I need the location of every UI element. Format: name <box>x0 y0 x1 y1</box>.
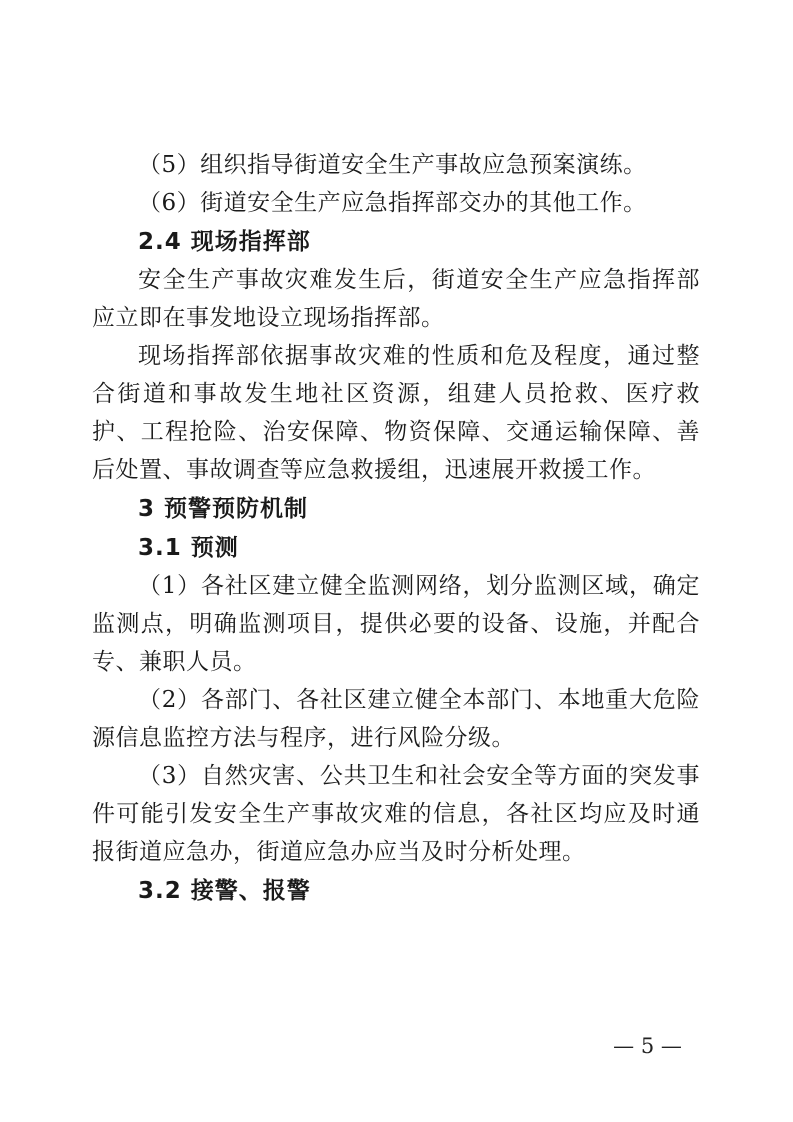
paragraph: （5）组织指导街道安全生产事故应急预案演练。 <box>92 146 700 184</box>
section-heading: 3.1 预测 <box>92 529 700 567</box>
paragraph: 安全生产事故灾难发生后，街道安全生产应急指挥部应立即在事发地设立现场指挥部。 <box>92 261 700 337</box>
paragraph: 现场指挥部依据事故灾难的性质和危及程度，通过整合街道和事故发生地社区资源，组建人… <box>92 337 700 489</box>
paragraph: （2）各部门、各社区建立健全本部门、本地重大危险源信息监控方法与程序，进行风险分… <box>92 681 700 757</box>
section-heading: 2.4 现场指挥部 <box>92 223 700 261</box>
document-content: （5）组织指导街道安全生产事故应急预案演练。 （6）街道安全生产应急指挥部交办的… <box>92 146 700 910</box>
page-number: — 5 — <box>600 1032 695 1060</box>
paragraph: （6）街道安全生产应急指挥部交办的其他工作。 <box>92 184 700 222</box>
section-heading: 3.2 接警、报警 <box>92 872 700 910</box>
paragraph: （1）各社区建立健全监测网络，划分监测区域，确定监测点，明确监测项目，提供必要的… <box>92 567 700 681</box>
paragraph: （3）自然灾害、公共卫生和社会安全等方面的突发事件可能引发安全生产事故灾难的信息… <box>92 757 700 871</box>
document-page: （5）组织指导街道安全生产事故应急预案演练。 （6）街道安全生产应急指挥部交办的… <box>0 0 793 1122</box>
chapter-heading: 3 预警预防机制 <box>92 490 700 528</box>
